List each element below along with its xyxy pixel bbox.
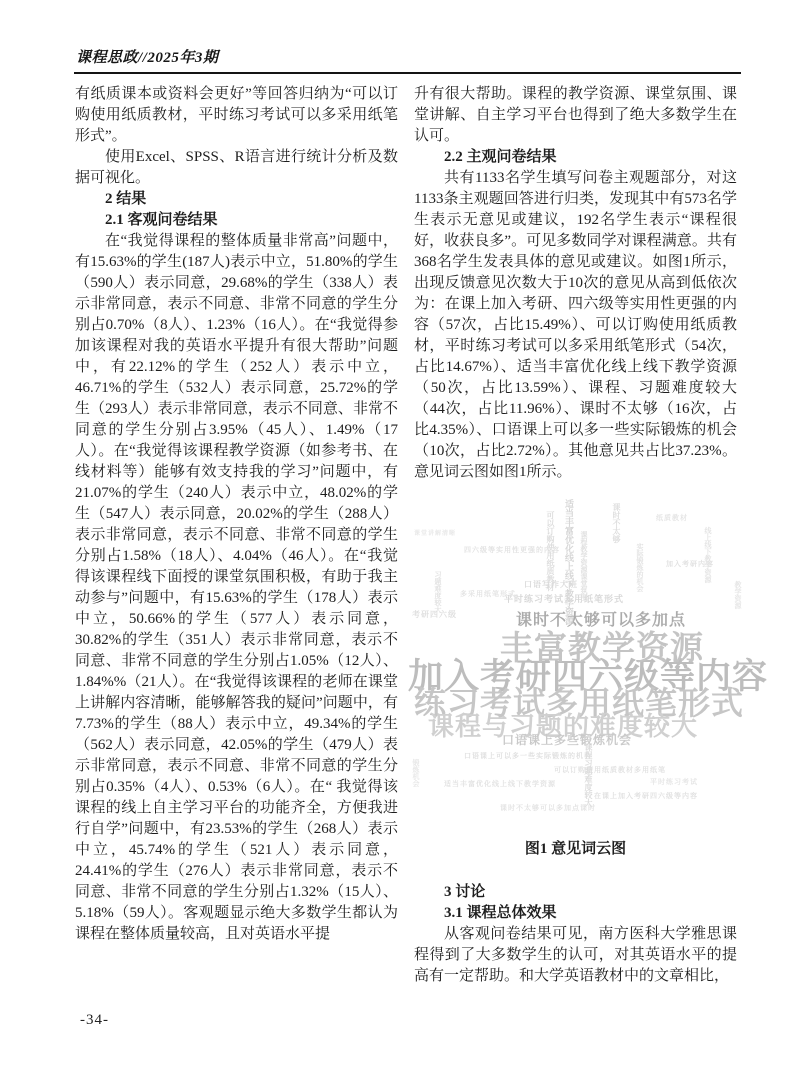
- wordcloud-word: 多采用纸笔形式: [460, 591, 516, 598]
- wordcloud-word: 四六级等实用性更强的内容: [464, 547, 560, 554]
- wordcloud-word: 可以订购使用纸质教材多用纸笔: [554, 767, 666, 774]
- paragraph-continued: 有纸质课本或资料会更好”等回答归纳为“可以订购使用纸质教材，平时练习考试可以多采…: [75, 84, 398, 147]
- section-heading-3-1: 3.1 课程总体效果: [414, 903, 737, 924]
- wordcloud-word: 平时练习考试多用纸笔形式: [504, 595, 624, 604]
- wordcloud-word: 口语写作大班: [524, 581, 578, 589]
- section-heading-2-2: 2.2 主观问卷结果: [414, 147, 737, 168]
- section-heading-2-1: 2.1 客观问卷结果: [75, 210, 398, 231]
- section-heading-3: 3 讨论: [414, 882, 737, 903]
- right-column: 升有很大帮助。课程的教学资源、课堂氛围、课堂讲解、自主学习平台也得到了绝大多数学…: [414, 84, 737, 987]
- wordcloud-word: 口语课上多些锻炼机会: [502, 734, 632, 746]
- wordcloud-word: 实际锻炼的机会: [636, 543, 643, 592]
- wordcloud-word: 课时不太够: [612, 503, 620, 543]
- wordcloud-word: 纸质教材: [656, 515, 688, 522]
- page-number: -34-: [80, 1012, 109, 1029]
- paragraph: 共有1133名学生填写问卷主观题部分，对这1133条主观题回答进行归类，发现其中…: [414, 168, 737, 483]
- journal-header: 课程思政//2025年3期: [76, 46, 218, 67]
- wordcloud-word: 课堂讲解清晰: [414, 531, 456, 537]
- paragraph: 从客观问卷结果可见，南方医科大学雅思课程得到了大多数学生的认可，对其英语水平的提…: [414, 924, 737, 987]
- wordcloud-word: 课时不太够可以多加点: [516, 613, 686, 629]
- wordcloud-word: 锻炼机会: [412, 759, 419, 787]
- wordcloud-word: 考研四六级: [412, 611, 457, 619]
- section-heading-2: 2 结果: [75, 189, 398, 210]
- wordcloud-word: 在课上加入考研四六级等内容: [594, 793, 698, 800]
- header-rule: [74, 72, 741, 74]
- paragraph-continued: 升有很大帮助。课程的教学资源、课堂氛围、课堂讲解、自主学习平台也得到了绝大多数学…: [414, 84, 737, 147]
- wordcloud-word: 课程习题难度较大: [584, 743, 592, 807]
- wordcloud-word: 平时练习考试: [650, 779, 698, 786]
- wordcloud-word: 课时不太够可以多加点课时: [500, 805, 596, 812]
- wordcloud-word: 课程教学资源课堂氛围: [580, 531, 587, 601]
- wordcloud-word: 丰富教学资源: [500, 631, 704, 664]
- journal-page: 课程思政//2025年3期 有纸质课本或资料会更好”等回答归纳为“可以订购使用纸…: [0, 0, 794, 1078]
- paragraph: 使用Excel、SPSS、R语言进行统计分析及数据可视化。: [75, 147, 398, 189]
- paragraph: 在“我觉得课程的整体质量非常高”问题中，有15.63%的学生(187人)表示中立…: [75, 231, 398, 945]
- figure1-caption: 图1 意见词云图: [414, 839, 737, 860]
- wordcloud-word: 适当丰富优化线上线下教学资源: [564, 499, 573, 625]
- wordcloud-word: 习题难度较大: [434, 571, 441, 613]
- wordcloud-word: 线上线下教学资源: [704, 527, 711, 583]
- wordcloud-word: 教学资源: [734, 581, 741, 609]
- wordcloud-word: 适当丰富优化线上线下教学资源: [444, 781, 556, 788]
- figure1-wordcloud: 加入考研四六级等内容练习考试多用纸笔形式课程与习题的难度较大丰富教学资源课时不太…: [404, 491, 752, 823]
- left-column: 有纸质课本或资料会更好”等回答归纳为“可以订购使用纸质教材，平时练习考试可以多采…: [75, 84, 398, 945]
- wordcloud-word: 口语课上可以多一些实际锻炼的机会: [464, 753, 592, 760]
